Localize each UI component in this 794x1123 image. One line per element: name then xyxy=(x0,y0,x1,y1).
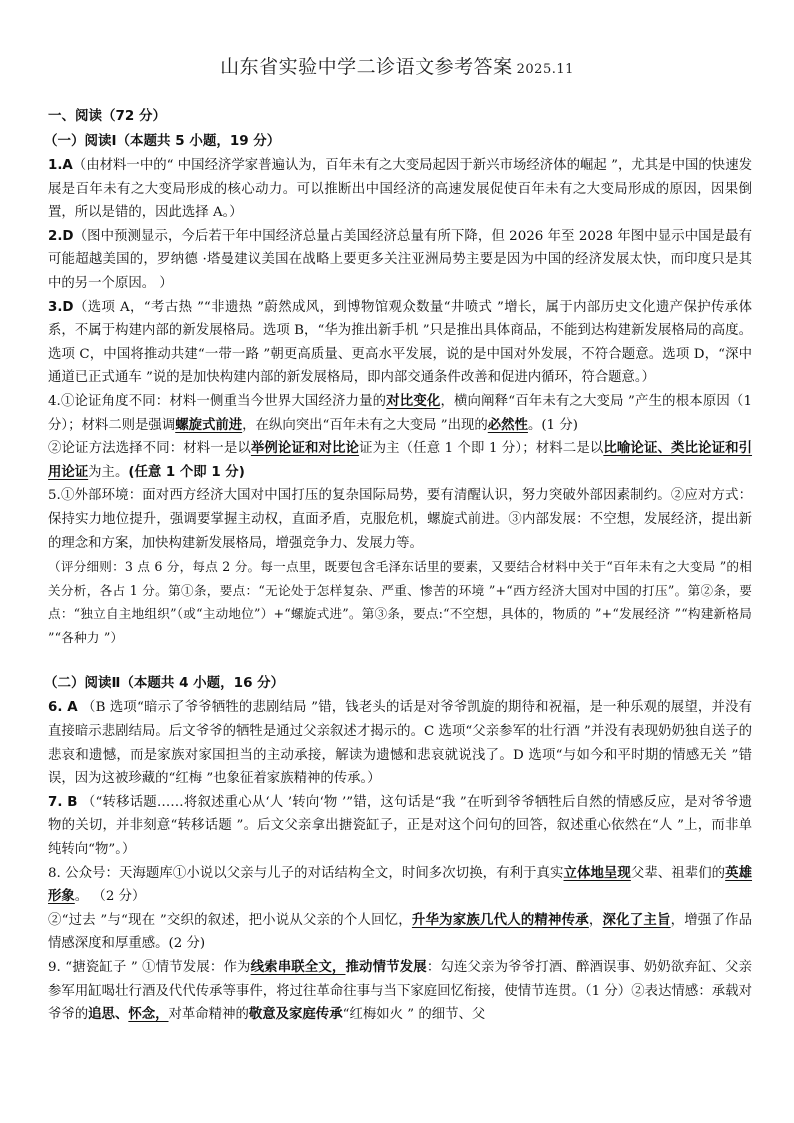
key-phrase: 对比变化 xyxy=(386,394,440,409)
question-number: 3.D xyxy=(48,300,74,315)
question-number: 2.D xyxy=(48,229,74,244)
question-number: 1.A xyxy=(48,158,73,173)
answer-text: 父辈、祖辈们的 xyxy=(631,866,725,881)
title-date: 2025.11 xyxy=(517,62,574,77)
answer-text: （B 选项“暗示了爷爷牺牲的悲剧结局 ”错，钱老头的话是对爷爷凯旋的期待和祝福，… xyxy=(48,700,752,786)
answer-q2: 2.D（图中预测显示，今后若干年中国经济总量占美国经济总量有所下降，但 2026… xyxy=(48,225,752,296)
answer-text: ②“过去 ”与“现在 ”交织的叙述，把小说从父亲的个人回忆， xyxy=(48,913,412,928)
key-phrase: 敬意及家庭传承 xyxy=(249,1007,343,1022)
key-phrase: 推动情节发展 xyxy=(345,960,426,975)
document-title: 山东省实验中学二诊语文参考答案2025.11 xyxy=(0,52,794,79)
answer-text: ，在纵向突出“百年未有之大变局 ”出现的 xyxy=(242,418,488,433)
question-number: 6. A xyxy=(48,700,78,715)
answer-q1: 1.A（由材料一中的“ 中国经济学家普遍认为，百年未有之大变局起因于新兴市场经济… xyxy=(48,154,752,225)
answer-text: 为主。 xyxy=(88,465,128,480)
answer-text: 证为主（任意 1 个即 1 分）；材料二是以 xyxy=(359,441,603,456)
question-number: 7. B xyxy=(48,795,77,810)
document-body: 一、阅读（72 分） （一）阅读Ⅰ（本题共 5 小题，19 分） 1.A（由材料… xyxy=(48,104,752,1027)
spacer xyxy=(48,649,752,671)
part-heading-reading-2: （二）阅读Ⅱ（本题共 4 小题，16 分） xyxy=(44,671,752,696)
answer-text: 4.①论证角度不同：材料一侧重当今世界大国经济力量的 xyxy=(48,394,386,409)
answer-key-page: 山东省实验中学二诊语文参考答案2025.11 一、阅读（72 分） （一）阅读Ⅰ… xyxy=(0,0,794,1123)
answer-text: 对革命精神的 xyxy=(169,1007,249,1022)
answer-text: （“转移话题……将叙述重心从‘人 ’转向‘物 ’”错，这句话是“我 ”在听到爷爷… xyxy=(48,795,752,857)
answer-text: （由材料一中的“ 中国经济学家普遍认为，百年未有之大变局起因于新兴市场经济体的崛… xyxy=(48,158,752,220)
answer-text: “红梅如火 ” 的细节、父 xyxy=(343,1007,486,1022)
key-phrase: 升华为家族几代人的精神传承 xyxy=(412,913,589,928)
answer-q5: 5.①外部环境：面对西方经济大国对中国打压的复杂国际局势，要有清醒认识，努力突破… xyxy=(48,484,752,555)
answer-q8-point1: 8. 公众号：天海题库①小说以父亲与儿子的对话结构全文，时间多次切换，有利于真实… xyxy=(48,862,752,909)
key-phrase: 追思、 xyxy=(88,1007,128,1022)
answer-q9: 9. “搪瓷缸子 ” ①情节发展：作为线索串联全文，推动情节发展：勾连父亲为爷爷… xyxy=(48,956,752,1027)
part-heading-reading-1: （一）阅读Ⅰ（本题共 5 小题，19 分） xyxy=(44,129,752,154)
answer-q8-point2: ②“过去 ”与“现在 ”交织的叙述，把小说从父亲的个人回忆，升华为家族几代人的精… xyxy=(48,909,752,956)
answer-q3: 3.D（选项 A，“考古热 ”“非遗热 ”蔚然成风，到博物馆观众数量“井喷式 ”… xyxy=(48,296,752,390)
answer-text: 。 （2 分） xyxy=(75,889,146,904)
key-phrase: 深化了主旨 xyxy=(603,913,671,928)
answer-text: 8. 公众号：天海题库①小说以父亲与儿子的对话结构全文，时间多次切换，有利于真实 xyxy=(48,866,564,881)
answer-text: 9. “搪瓷缸子 ” ①情节发展：作为 xyxy=(48,960,251,975)
title-text: 山东省实验中学二诊语文参考答案 xyxy=(220,56,513,78)
answer-text: （选项 A，“考古热 ”“非遗热 ”蔚然成风，到博物馆观众数量“井喷式 ”增长，… xyxy=(48,300,752,386)
scoring-rules-q5: （评分细则：3 点 6 分，每点 2 分。每一点里，既要包含毛泽东话里的要素，又… xyxy=(48,555,752,649)
key-phrase: 立体地呈现 xyxy=(564,866,631,881)
key-phrase: 怀念， xyxy=(128,1007,168,1022)
answer-text: ②论证方法选择不同：材料一是以 xyxy=(48,441,251,456)
key-phrase: 举例论证和对比论 xyxy=(251,441,359,456)
answer-text: ， xyxy=(589,913,603,928)
key-phrase: 线索串联全文， xyxy=(251,960,346,975)
answer-q4-point1: 4.①论证角度不同：材料一侧重当今世界大国经济力量的对比变化，横向阐释“百年未有… xyxy=(48,390,752,437)
answer-text: 。(1 分) xyxy=(528,418,578,433)
key-phrase: 螺旋式前进 xyxy=(175,418,242,433)
answer-text: （图中预测显示，今后若干年中国经济总量占美国经济总量有所下降，但 2026 年至… xyxy=(48,229,752,291)
score-note: (任意 1 个即 1 分) xyxy=(128,465,244,480)
key-phrase: 必然性 xyxy=(488,418,528,433)
answer-q6: 6. A （B 选项“暗示了爷爷牺牲的悲剧结局 ”错，钱老头的话是对爷爷凯旋的期… xyxy=(48,696,752,790)
answer-q7: 7. B （“转移话题……将叙述重心从‘人 ’转向‘物 ’”错，这句话是“我 ”… xyxy=(48,791,752,862)
answer-q4-point2: ②论证方法选择不同：材料一是以举例论证和对比论证为主（任意 1 个即 1 分）；… xyxy=(48,437,752,484)
section-heading-reading: 一、阅读（72 分） xyxy=(48,104,752,129)
